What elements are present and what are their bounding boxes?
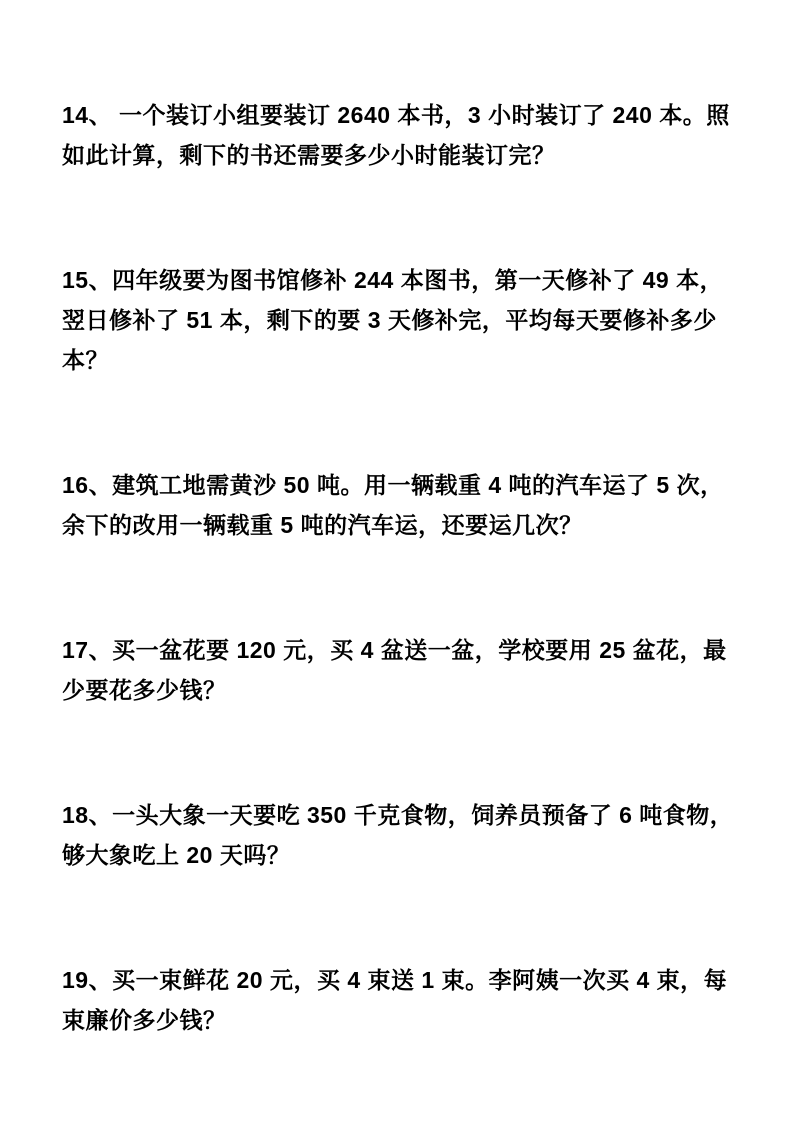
problem-18: 18、一头大象一天要吃 350 千克食物，饲养员预备了 6 吨食物，够大象吃上 … xyxy=(62,795,735,875)
problem-16: 16、建筑工地需黄沙 50 吨。用一辆载重 4 吨的汽车运了 5 次，余下的改用… xyxy=(62,465,735,545)
problem-19: 19、买一束鲜花 20 元，买 4 束送 1 束。李阿姨一次买 4 束，每束廉价… xyxy=(62,960,735,1040)
problem-17: 17、买一盆花要 120 元，买 4 盆送一盆，学校要用 25 盆花，最少要花多… xyxy=(62,630,735,710)
worksheet-page: 14、 一个装订小组要装订 2640 本书，3 小时装订了 240 本。照如此计… xyxy=(0,0,793,1122)
problem-15: 15、四年级要为图书馆修补 244 本图书，第一天修补了 49 本，翌日修补了 … xyxy=(62,260,735,380)
problem-14: 14、 一个装订小组要装订 2640 本书，3 小时装订了 240 本。照如此计… xyxy=(62,95,735,175)
